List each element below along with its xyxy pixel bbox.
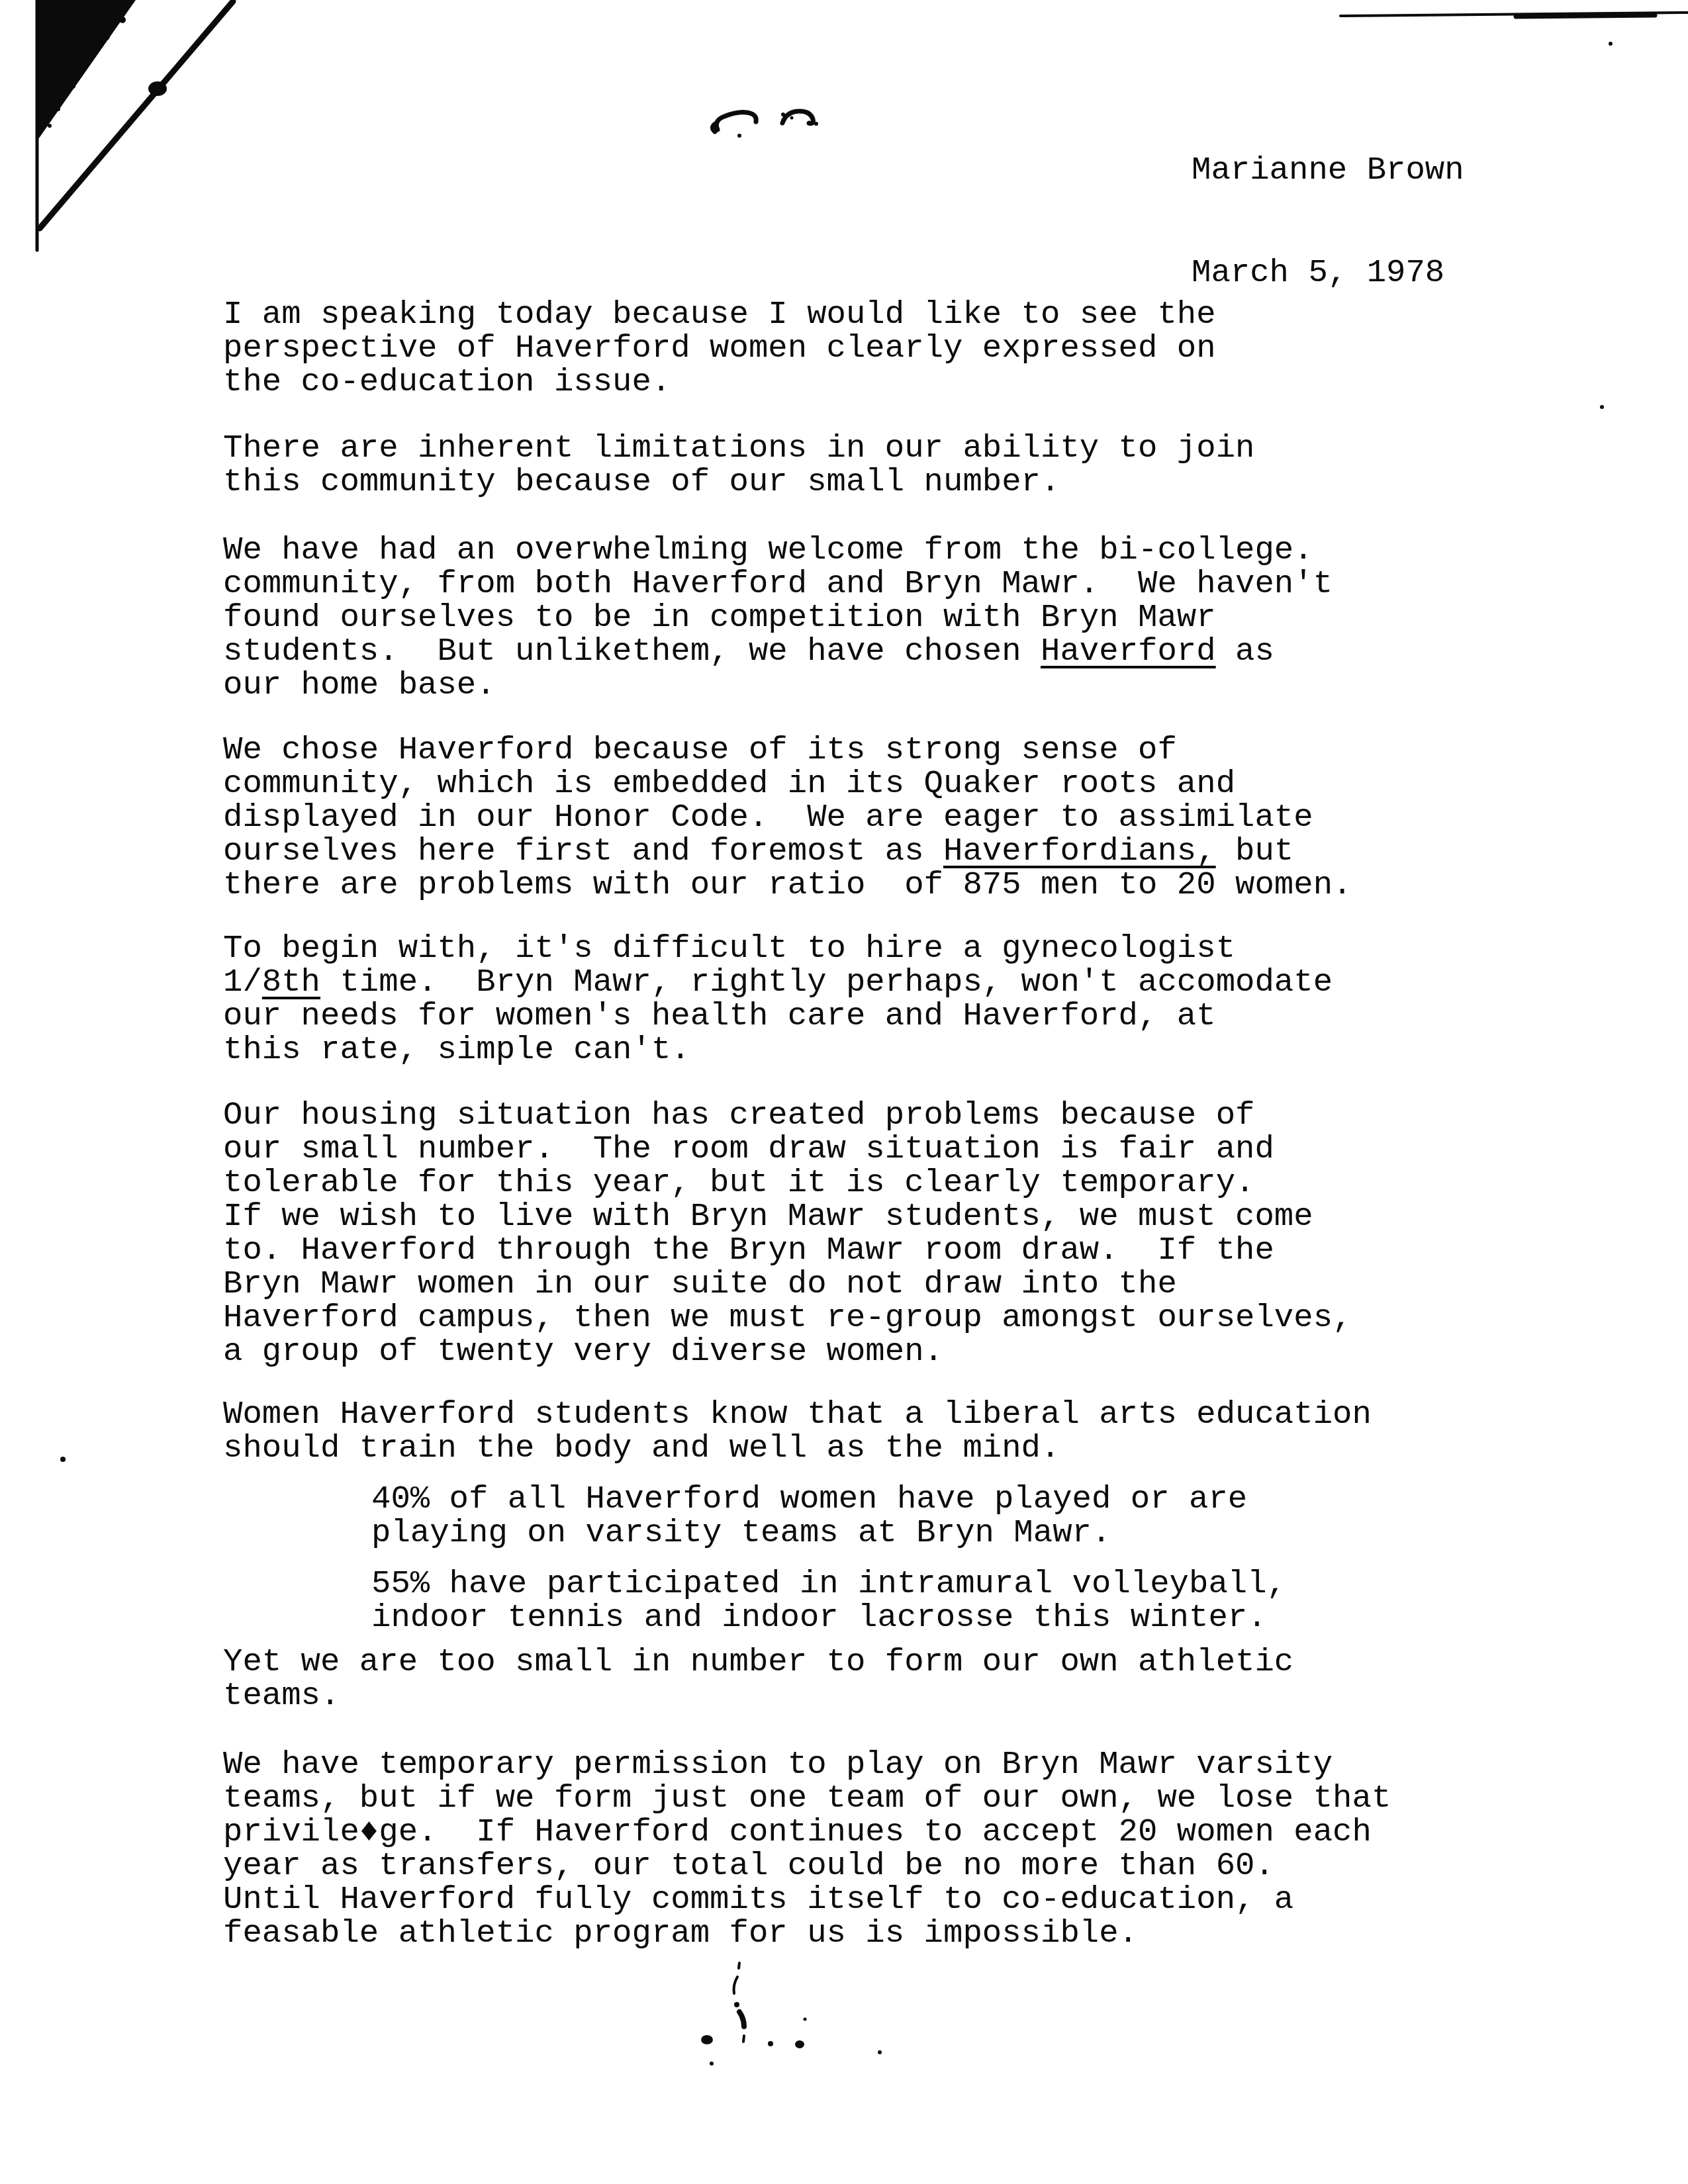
text-segment: time. Bryn Mawr, rightly perhaps, won't …: [320, 964, 1333, 1001]
text-segment: students. But unlikethem, we have chosen: [223, 633, 1041, 670]
text-line: 40% of all Haverford women have played o…: [223, 1482, 1521, 1516]
paragraph-1: I am speaking today because I would like…: [223, 298, 1521, 399]
underlined-text: Haverfordians,: [943, 833, 1216, 870]
paragraph-4: We chose Haverford because of its strong…: [223, 733, 1521, 902]
text-line: to. Haverford through the Bryn Mawr room…: [223, 1234, 1521, 1267]
text-line: If we wish to live with Bryn Mawr studen…: [223, 1200, 1521, 1234]
pen-mark-left-hook: [712, 123, 716, 132]
text-line: privile♦ge. If Haverford continues to ac…: [223, 1815, 1521, 1849]
paragraph-7: Women Haverford students know that a lib…: [223, 1398, 1521, 1465]
text-segment: 1/: [223, 964, 262, 1001]
underlined-text: 8th: [262, 964, 320, 1001]
document-date: March 5, 1978: [1192, 256, 1464, 290]
paragraph-6: Our housing situation has created proble…: [223, 1099, 1521, 1369]
bottom-pen-marks: [734, 1963, 744, 2042]
text-line: teams.: [223, 1679, 1521, 1713]
text-line: Until Haverford fully commits itself to …: [223, 1883, 1521, 1917]
text-line: indoor tennis and indoor lacrosse this w…: [223, 1601, 1521, 1635]
pen-mark-right: [782, 111, 813, 123]
text-line: I am speaking today because I would like…: [223, 298, 1521, 332]
text-line: our home base.: [223, 668, 1521, 702]
paragraph-3: We have had an overwhelming welcome from…: [223, 533, 1521, 702]
text-line: Bryn Mawr women in our suite do not draw…: [223, 1267, 1521, 1301]
paragraph-9: We have temporary permission to play on …: [223, 1748, 1521, 1950]
document-header: Marianne Brown March 5, 1978: [1192, 85, 1464, 324]
top-right-scan-line: [1340, 13, 1688, 16]
text-line: year as transfers, our total could be no…: [223, 1849, 1521, 1883]
text-line: community, from both Haverford and Bryn …: [223, 567, 1521, 601]
text-segment: as: [1216, 633, 1274, 670]
text-line: 1/8th time. Bryn Mawr, rightly perhaps, …: [223, 966, 1521, 999]
text-line: ourselves here first and foremost as Hav…: [223, 835, 1521, 868]
text-segment: but: [1216, 833, 1294, 870]
document-body: I am speaking today because I would like…: [223, 298, 1521, 1950]
text-line: 55% have participated in intramural voll…: [223, 1567, 1521, 1601]
text-line: the co-education issue.: [223, 365, 1521, 399]
pen-mark-left: [716, 113, 756, 130]
paragraph-5: To begin with, it's difficult to hire a …: [223, 932, 1521, 1067]
text-line: displayed in our Honor Code. We are eage…: [223, 801, 1521, 835]
text-line: perspective of Haverford women clearly e…: [223, 332, 1521, 365]
text-line: Women Haverford students know that a lib…: [223, 1398, 1521, 1432]
text-line: We have had an overwhelming welcome from…: [223, 533, 1521, 567]
text-line: community, which is embedded in its Quak…: [223, 767, 1521, 801]
text-line: There are inherent limitations in our ab…: [223, 432, 1521, 465]
author-name: Marianne Brown: [1192, 154, 1464, 187]
text-line: To begin with, it's difficult to hire a …: [223, 932, 1521, 966]
paragraph-2: There are inherent limitations in our ab…: [223, 432, 1521, 499]
text-line: playing on varsity teams at Bryn Mawr.: [223, 1516, 1521, 1550]
text-line: there are problems with our ratio of 875…: [223, 868, 1521, 902]
corner-diagonal-line: [40, 1, 233, 228]
corner-fold-artifact: [36, 0, 167, 139]
text-line: Yet we are too small in number to form o…: [223, 1645, 1521, 1679]
text-line: Haverford campus, then we must re-group …: [223, 1301, 1521, 1335]
text-line: students. But unlikethem, we have chosen…: [223, 635, 1521, 668]
paragraph-8: Yet we are too small in number to form o…: [223, 1645, 1521, 1713]
text-line: this community because of our small numb…: [223, 465, 1521, 499]
text-line: tolerable for this year, but it is clear…: [223, 1166, 1521, 1200]
text-line: our small number. The room draw situatio…: [223, 1132, 1521, 1166]
stat-item-intramural: 55% have participated in intramural voll…: [223, 1567, 1521, 1635]
stat-item-varsity: 40% of all Haverford women have played o…: [223, 1482, 1521, 1550]
text-segment: ourselves here first and foremost as: [223, 833, 943, 870]
text-line: feasable athletic program for us is impo…: [223, 1917, 1521, 1950]
pen-marks: [712, 111, 813, 132]
text-line: teams, but if we form just one team of o…: [223, 1782, 1521, 1815]
bottom-specks: [701, 2002, 882, 2066]
text-line: We chose Haverford because of its strong…: [223, 733, 1521, 767]
text-line: We have temporary permission to play on …: [223, 1748, 1521, 1782]
text-line: Our housing situation has created proble…: [223, 1099, 1521, 1132]
text-line: a group of twenty very diverse women.: [223, 1335, 1521, 1369]
top-right-scan-line-thick: [1516, 15, 1655, 17]
text-line: our needs for women's health care and Ha…: [223, 999, 1521, 1033]
text-line: should train the body and well as the mi…: [223, 1432, 1521, 1465]
text-line: found ourselves to be in competition wit…: [223, 601, 1521, 635]
underlined-text: Haverford: [1041, 633, 1216, 670]
text-line: this rate, simple can't.: [223, 1033, 1521, 1067]
